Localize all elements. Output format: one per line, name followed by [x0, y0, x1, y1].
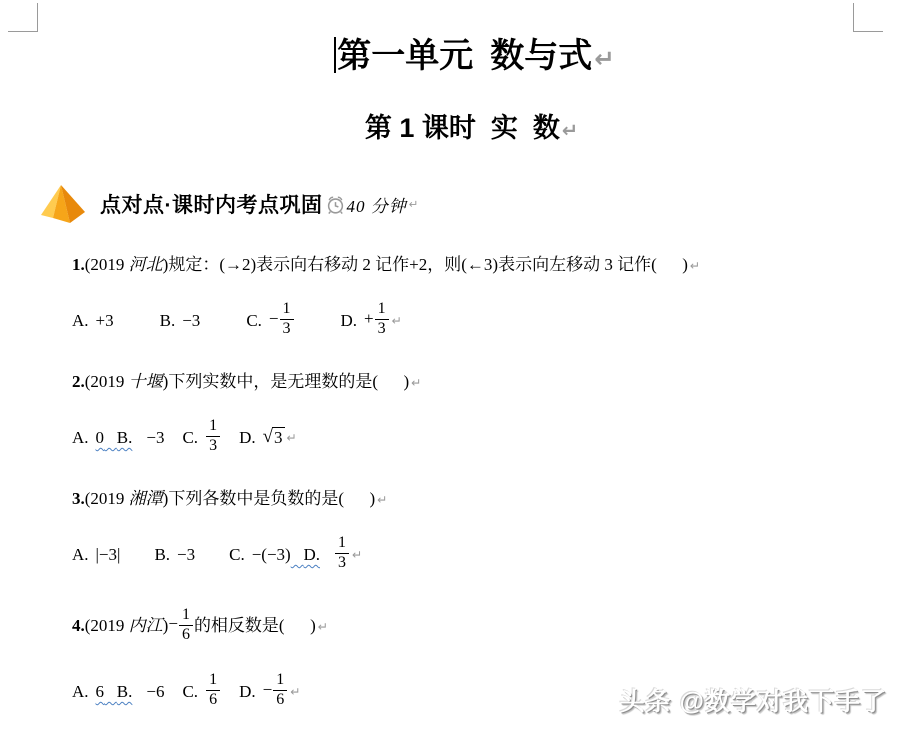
- option-label: D.: [303, 545, 320, 564]
- fraction: 13: [206, 418, 220, 455]
- option-label: D.: [239, 428, 256, 448]
- spellcheck-squiggle: 0B.: [96, 428, 140, 448]
- fraction: 13: [280, 301, 294, 338]
- option-sign: −: [269, 309, 279, 329]
- question-text: 规定：(→2)表示向右移动 2 记作+2，则(←3)表示向左移动 3 记作( ): [168, 255, 688, 274]
- fraction-denominator: 3: [283, 320, 291, 338]
- paragraph-mark: ↵: [690, 259, 700, 273]
- option-value: −3: [146, 428, 164, 448]
- question-source: (2019: [85, 489, 129, 508]
- margin-mark-top-right-icon: [853, 3, 883, 32]
- fraction-denominator: 3: [209, 437, 217, 455]
- question-text: 下列实数中，是无理数的是( ): [168, 372, 409, 391]
- option-label: A.: [72, 545, 89, 565]
- fraction-denominator: 3: [338, 554, 346, 572]
- paragraph-mark: ↵: [352, 548, 362, 562]
- question-3-stem[interactable]: 3.(2019 湘潭)下列各数中是负数的是( )↵: [72, 487, 851, 512]
- square-root: √3: [263, 427, 285, 448]
- option-label: D.: [341, 311, 358, 331]
- paragraph-mark: ↵: [594, 44, 615, 73]
- question-text: 下列各数中是负数的是( ): [168, 489, 375, 508]
- paragraph-mark: ↵: [318, 620, 328, 634]
- option-label: A.: [72, 682, 89, 702]
- lesson-title-text: 第 1 课时 实 数: [365, 113, 560, 143]
- question-2-stem[interactable]: 2.(2019 十堰)下列实数中，是无理数的是( )↵: [72, 370, 851, 395]
- option-sign: +: [364, 309, 374, 329]
- question-3-options[interactable]: A.|−3| B.−3 C.−(−3)D.13 ↵: [72, 532, 851, 578]
- option-label: B.: [117, 682, 133, 701]
- section-title: 点对点·课时内考点巩固: [100, 189, 323, 219]
- document-page[interactable]: 第一单元 数与式↵ 第 1 课时 实 数↵ 点对点·课时内考点巩固 40 分钟 …: [0, 0, 897, 730]
- fraction-numerator: 1: [273, 672, 287, 691]
- option-label: C.: [182, 682, 198, 702]
- stem-sign: −: [168, 614, 178, 633]
- fraction-numerator: 1: [206, 672, 220, 691]
- question-number: 2.: [72, 372, 85, 391]
- option-label: B.: [154, 545, 170, 565]
- pyramid-icon: [40, 184, 86, 224]
- paragraph-mark: ↵: [377, 493, 387, 507]
- section-duration: 40 分钟: [347, 192, 407, 217]
- paragraph-mark: ↵: [409, 197, 419, 211]
- question-number: 4.: [72, 616, 85, 635]
- fraction: 13: [335, 535, 349, 572]
- question-place: 十堰: [129, 372, 163, 391]
- fraction-numerator: 1: [206, 418, 220, 437]
- option-label: D.: [239, 682, 256, 702]
- question-1-options[interactable]: A.+3 B.−3 C.−13 D.+13 ↵: [72, 298, 851, 344]
- paragraph-mark: ↵: [392, 314, 402, 328]
- option-value: −3: [182, 311, 200, 331]
- option-value: |−3|: [96, 545, 121, 565]
- option-label: A.: [72, 428, 89, 448]
- margin-mark-top-left-icon: [8, 3, 38, 32]
- question-source: (2019: [85, 616, 129, 635]
- fraction-numerator: 1: [179, 607, 193, 626]
- question-text: 的相反数是( ): [194, 616, 316, 635]
- paragraph-mark: ↵: [287, 431, 297, 445]
- option-value: +3: [96, 311, 114, 331]
- fraction-numerator: 1: [280, 301, 294, 320]
- question-place: 内江: [129, 616, 163, 635]
- option-label: C.: [182, 428, 198, 448]
- option-value: 6: [96, 682, 105, 701]
- paragraph-mark: ↵: [411, 376, 421, 390]
- question-place: 湘潭: [129, 489, 163, 508]
- fraction: 16: [179, 607, 193, 644]
- unit-title[interactable]: 第一单元 数与式↵: [72, 34, 851, 82]
- option-value: 0: [96, 428, 105, 447]
- question-2-options[interactable]: A.0B.−3 C.13 D.√3 ↵: [72, 415, 851, 461]
- option-sign: −: [263, 680, 273, 700]
- fraction-denominator: 6: [182, 626, 190, 644]
- fraction: 16: [273, 672, 287, 709]
- fraction: 16: [206, 672, 220, 709]
- question-1-stem[interactable]: 1.(2019 河北)规定：(→2)表示向右移动 2 记作+2，则(←3)表示向…: [72, 253, 851, 278]
- question-source: (2019: [85, 255, 129, 274]
- option-value: −6: [146, 682, 164, 702]
- option-value: −(−3): [252, 545, 291, 565]
- option-label: A.: [72, 311, 89, 331]
- option-label: B.: [117, 428, 133, 447]
- question-place: 河北: [129, 255, 163, 274]
- section-banner[interactable]: 点对点·课时内考点巩固 40 分钟 ↵: [72, 183, 851, 225]
- unit-title-text: 第一单元 数与式: [337, 38, 592, 75]
- option-label: B.: [160, 311, 176, 331]
- paragraph-mark: ↵: [562, 119, 578, 142]
- option-value: −3: [177, 545, 195, 565]
- alarm-clock-icon: [325, 194, 346, 215]
- spellcheck-squiggle: 6B.: [96, 682, 140, 702]
- watermark: 头条 @数学对我下手了: [620, 682, 887, 718]
- fraction-denominator: 6: [276, 691, 284, 709]
- text-cursor: [334, 37, 336, 73]
- paragraph-mark: ↵: [290, 685, 300, 699]
- question-4-stem[interactable]: 4.(2019 内江)−16的相反数是( )↵: [72, 604, 851, 649]
- question-number: 3.: [72, 489, 85, 508]
- fraction-numerator: 1: [375, 301, 389, 320]
- radicand: 3: [272, 427, 285, 448]
- fraction-numerator: 1: [335, 535, 349, 554]
- option-label: C.: [246, 311, 262, 331]
- question-number: 1.: [72, 255, 85, 274]
- spellcheck-squiggle: D.: [291, 545, 327, 565]
- option-label: C.: [229, 545, 245, 565]
- fraction-denominator: 6: [209, 691, 217, 709]
- fraction: 13: [375, 301, 389, 338]
- fraction-denominator: 3: [378, 320, 386, 338]
- question-source: (2019: [85, 372, 129, 391]
- lesson-title[interactable]: 第 1 课时 实 数↵: [72, 110, 851, 149]
